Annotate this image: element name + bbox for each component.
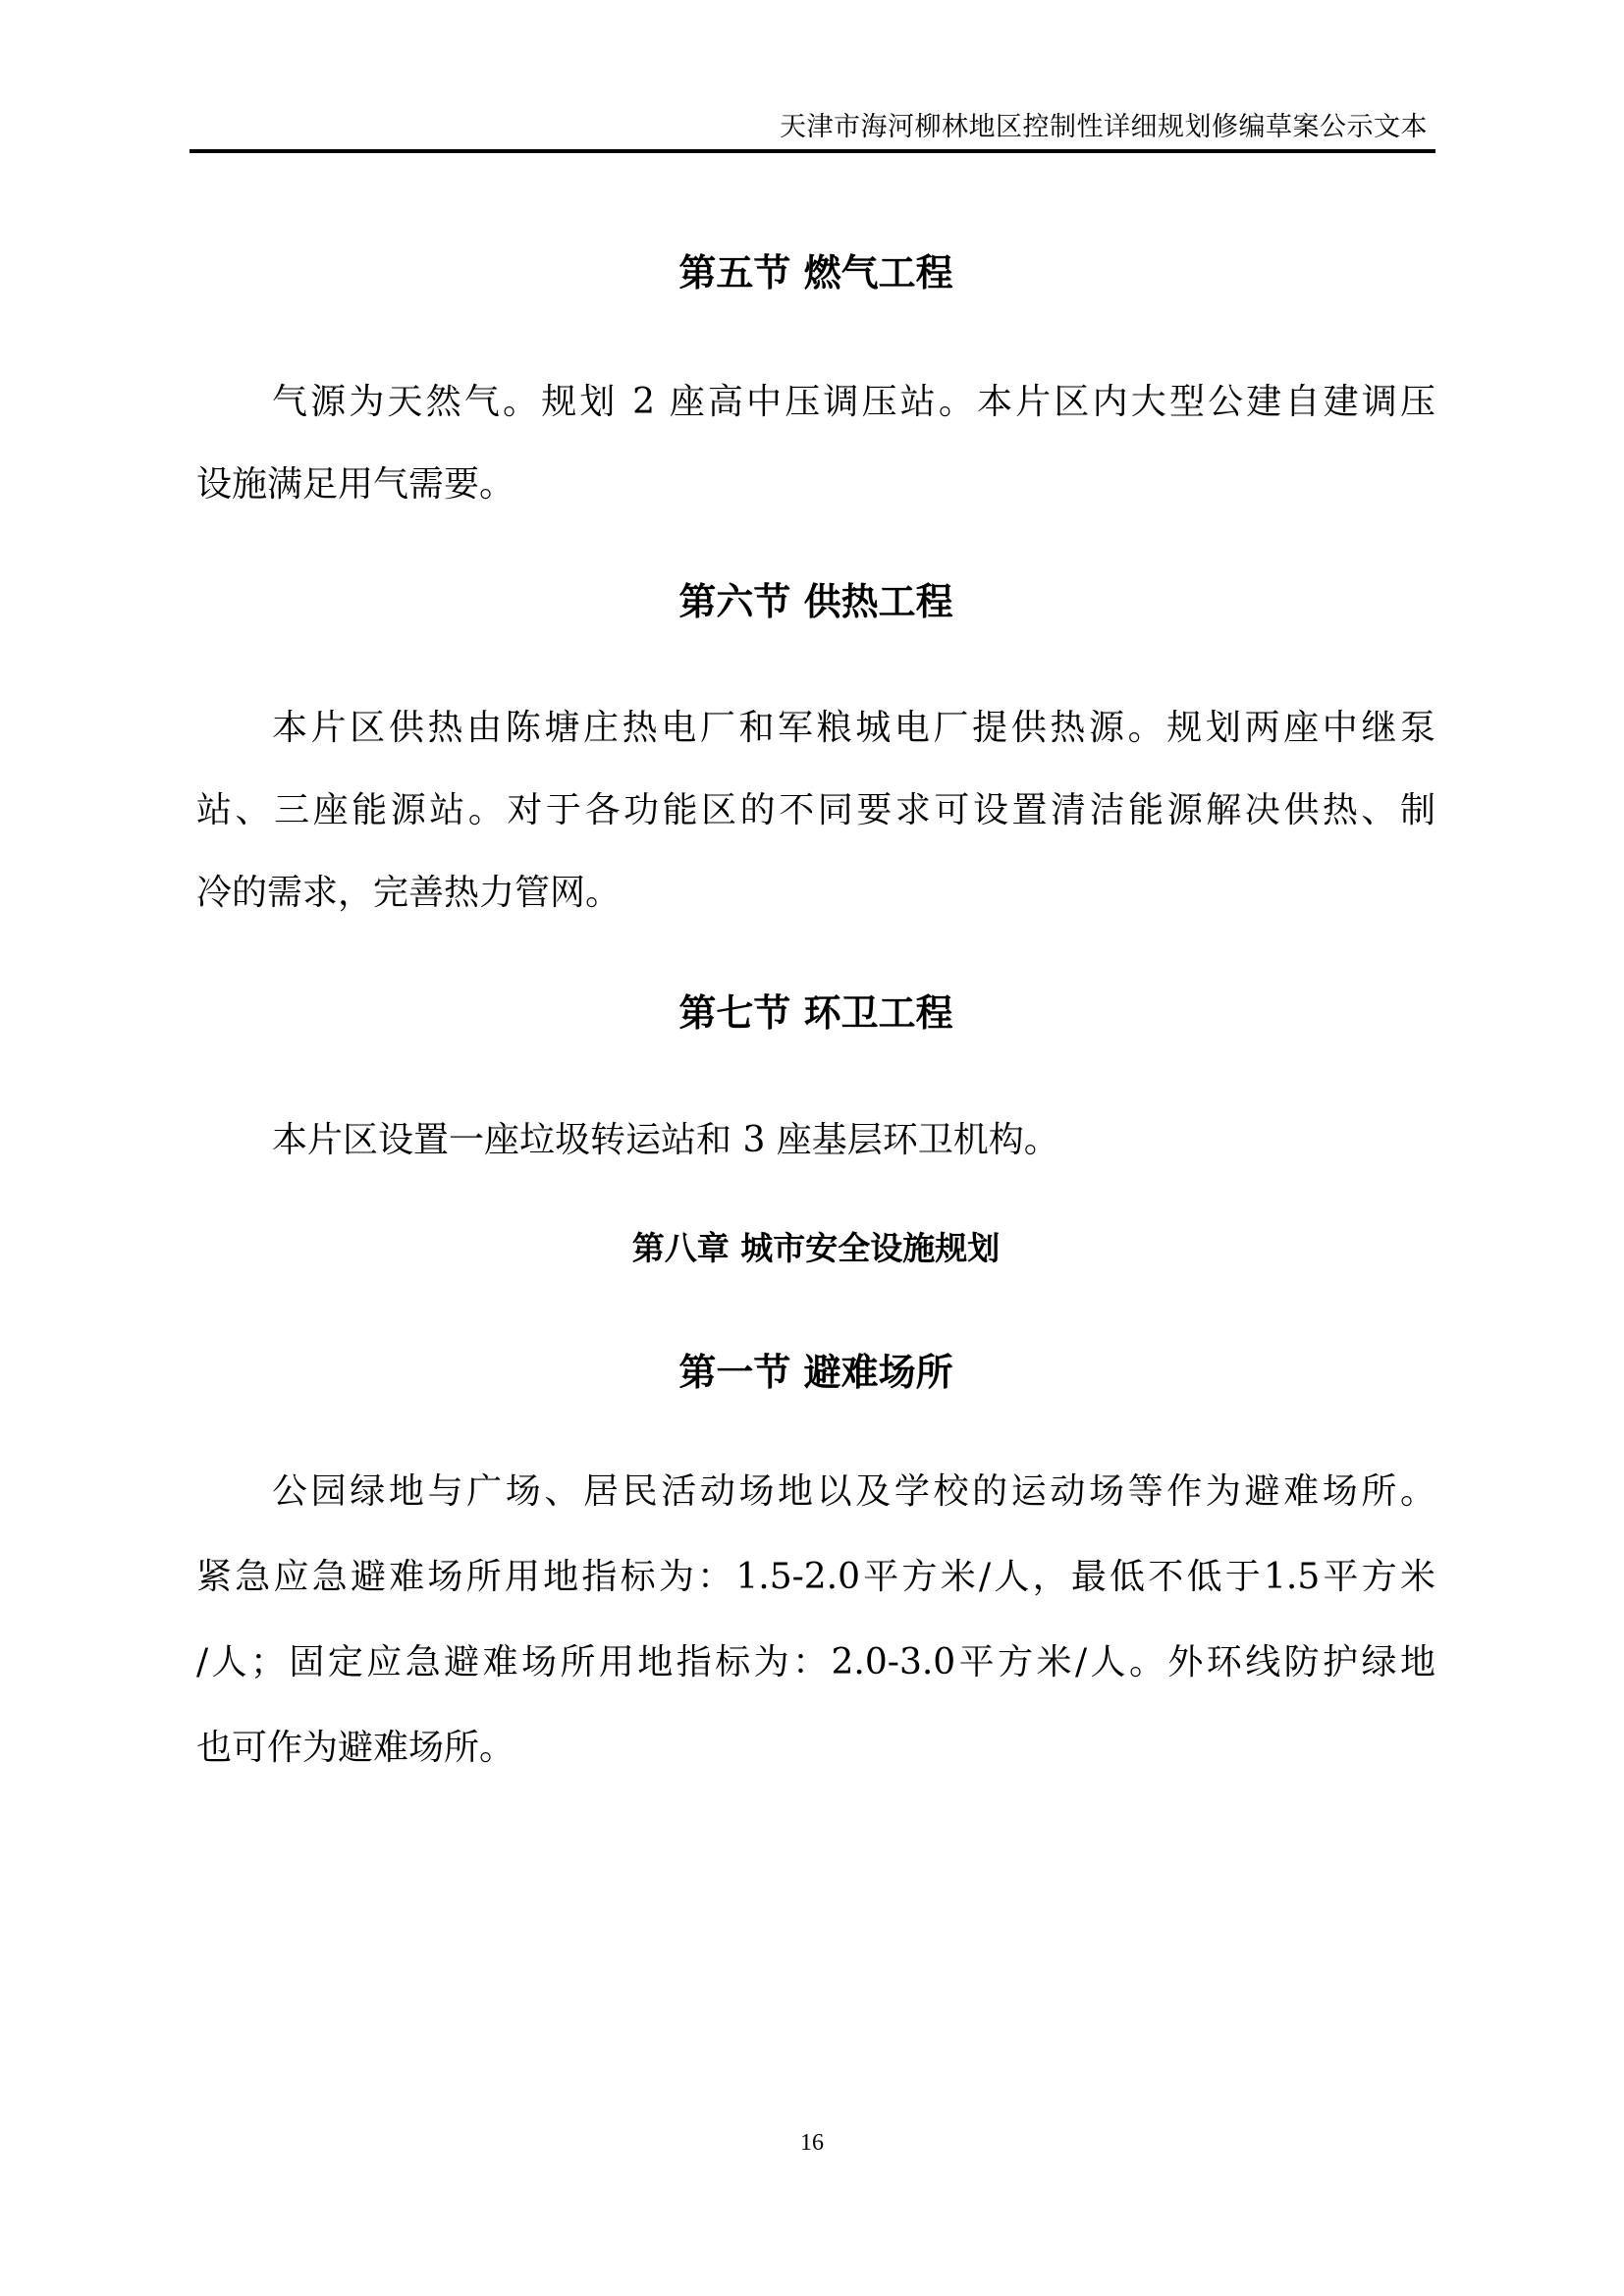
section-heading-heating: 第六节 供热工程 xyxy=(196,580,1435,623)
section-heading-gas: 第五节 燃气工程 xyxy=(196,251,1435,294)
page-number: 16 xyxy=(0,2128,1624,2158)
paragraph-shelter-line: 紧急应急避难场所用地指标为：1.5-2.0平方米/人，最低不低于1.5平方米 xyxy=(196,1556,1435,1599)
paragraph-shelter-line: 也可作为避难场所。 xyxy=(196,1727,1435,1770)
section-heading-sanitation: 第七节 环卫工程 xyxy=(196,991,1435,1035)
header-rule xyxy=(189,149,1435,153)
paragraph-gas-line: 气源为天然气。规划 2 座高中压调压站。本片区内大型公建自建调压 xyxy=(272,381,1435,424)
paragraph-heating-line: 本片区供热由陈塘庄热电厂和军粮城电厂提供热源。规划两座中继泵 xyxy=(272,707,1435,750)
chapter-heading-safety: 第八章 城市安全设施规划 xyxy=(196,1229,1435,1268)
paragraph-heating-line: 冷的需求，完善热力管网。 xyxy=(196,872,1435,915)
paragraph-gas-line: 设施满足用气需要。 xyxy=(196,463,1435,507)
page-header: 天津市海河柳林地区控制性详细规划修编草案公示文本 xyxy=(189,110,1435,153)
paragraph-shelter-line: /人；固定应急避难场所用地指标为：2.0-3.0平方米/人。外环线防护绿地 xyxy=(196,1641,1435,1684)
paragraph-shelter-line: 公园绿地与广场、居民活动场地以及学校的运动场等作为避难场所。 xyxy=(272,1470,1435,1514)
paragraph-heating-line: 站、三座能源站。对于各功能区的不同要求可设置清洁能源解决供热、制 xyxy=(196,789,1435,832)
paragraph-sanitation-line: 本片区设置一座垃圾转运站和 3 座基层环卫机构。 xyxy=(272,1119,1435,1162)
section-heading-shelter: 第一节 避难场所 xyxy=(196,1351,1435,1394)
document-title: 天津市海河柳林地区控制性详细规划修编草案公示文本 xyxy=(780,110,1428,145)
